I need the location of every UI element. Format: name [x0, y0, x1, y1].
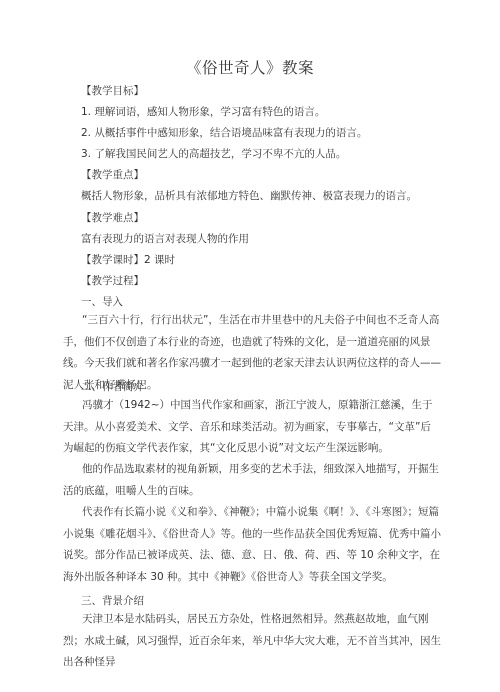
hours-line: 【教学课时】2 课时	[81, 253, 175, 267]
focus-heading: 【教学重点】	[81, 168, 144, 182]
author-paragraph-1: 冯骥才（1942~）中国当代作家和画家，浙江宁波人，原籍浙江慈溪，生于天津。从小…	[63, 395, 441, 460]
goals-heading: 【教学目标】	[81, 84, 144, 98]
author-text-2: 他的作品选取素材的视角新颖，用多变的艺术手法，细致深入地描写，开掘生活的底蕴，咀…	[63, 463, 439, 497]
goal-item-2: 2. 从概括事件中感知形象，结合语境品味富有表现力的语言。	[81, 126, 367, 140]
document-title: 《俗世奇人》教案	[0, 56, 500, 78]
author-paragraph-3: 代表作有长篇小说《义和拳》、《神鞭》；中篇小说集《啊！》、《斗寒图》；短篇小说集…	[63, 502, 441, 588]
author-text-3: 代表作有长篇小说《义和拳》、《神鞭》；中篇小说集《啊！》、《斗寒图》；短篇小说集…	[63, 506, 441, 583]
author-heading: 二、作者简介	[81, 380, 144, 394]
document-page: 《俗世奇人》教案 【教学目标】 1. 理解词语，感知人物形象，学习富有特色的语言…	[0, 0, 500, 692]
author-text-1: 冯骥才（1942~）中国当代作家和画家，浙江宁波人，原籍浙江慈溪，生于天津。从小…	[63, 399, 433, 454]
focus-text: 概括人物形象，品析具有浓郁地方特色、幽默传神、极富表现力的语言。	[81, 189, 417, 203]
background-text: 天津卫本是水陆码头，居民五方杂处，性格迥然相异。然燕赵故地，血气刚烈；水咸土碱，…	[63, 613, 441, 668]
goal-item-1: 1. 理解词语，感知人物形象，学习富有特色的语言。	[81, 105, 325, 119]
goal-item-3: 3. 了解我国民间艺人的高超技艺，学习不卑不亢的人品。	[81, 147, 346, 161]
process-heading: 【教学过程】	[81, 274, 144, 288]
background-paragraph: 天津卫本是水陆码头，居民五方杂处，性格迥然相异。然燕赵故地，血气刚烈；水咸土碱，…	[63, 609, 441, 674]
background-heading: 三、背景介绍	[81, 594, 144, 608]
author-paragraph-2: 他的作品选取素材的视角新颖，用多变的艺术手法，细致深入地描写，开掘生活的底蕴，咀…	[63, 459, 441, 502]
intro-heading: 一、导入	[81, 295, 123, 309]
difficulty-heading: 【教学难点】	[81, 211, 144, 225]
difficulty-text: 富有表现力的语言对表现人物的作用	[81, 232, 249, 246]
